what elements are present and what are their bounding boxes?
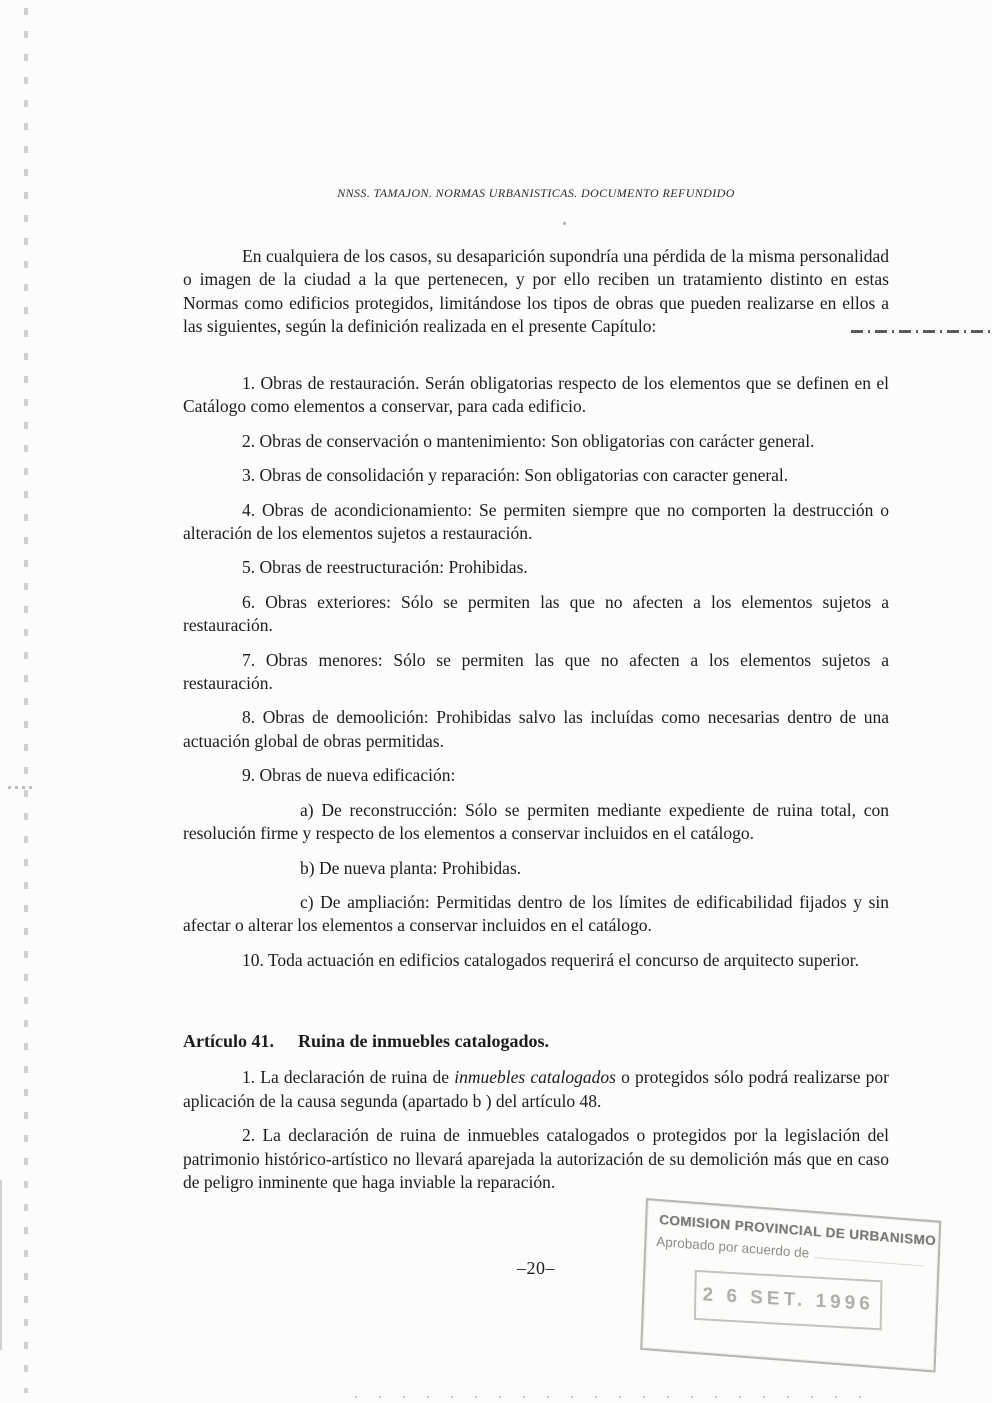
works-list-block: 1. Obras de restauración. Serán obligato… — [183, 372, 889, 983]
list-item-5: 5. Obras de reestructuración: Prohibidas… — [183, 556, 889, 579]
stamp-date: 2 6 SET. 1996 — [702, 1284, 873, 1316]
intro-paragraph-block: En cualquiera de los casos, su desaparic… — [183, 245, 889, 350]
list-item-6: 6. Obras exteriores: Sólo se permiten la… — [183, 591, 889, 638]
article-41-heading: Artículo 41.Ruina de inmuebles catalogad… — [183, 1030, 889, 1053]
approval-stamp: COMISION PROVINCIAL DE URBANISMO Aprobad… — [640, 1198, 941, 1373]
list-item-10: 10. Toda actuación en edificios cataloga… — [183, 949, 889, 972]
stamp-date-box: 2 6 SET. 1996 — [694, 1270, 883, 1331]
stamp-dotted-line — [815, 1257, 924, 1266]
scan-speck — [563, 222, 566, 225]
list-subitem-c: c) De ampliación: Permitidas dentro de l… — [183, 891, 889, 938]
stamp-approved-label: Aprobado por acuerdo de — [656, 1234, 809, 1261]
scanned-document-page: NNSS. TAMAJON. NORMAS URBANISTICAS. DOCU… — [0, 0, 992, 1403]
intro-paragraph: En cualquiera de los casos, su desaparic… — [183, 245, 889, 339]
article-41-block: Artículo 41.Ruina de inmuebles catalogad… — [183, 1030, 889, 1205]
article-41-paragraph-2: 2. La declaración de ruina de inmuebles … — [183, 1124, 889, 1194]
article-title: Ruina de inmuebles catalogados. — [298, 1031, 549, 1051]
list-item-2: 2. Obras de conservación o mantenimiento… — [183, 430, 889, 453]
pen-mark-artifact — [851, 330, 992, 333]
scan-artifact-dots — [355, 1396, 875, 1398]
scan-edge-streak — [0, 1180, 2, 1350]
list-item-8: 8. Obras de demoolición: Prohibidas salv… — [183, 706, 889, 753]
list-item-4: 4. Obras de acondicionamiento: Se permit… — [183, 499, 889, 546]
paragraph-text: 1. La declaración de ruina de — [242, 1067, 454, 1087]
list-item-7: 7. Obras menores: Sólo se permiten las q… — [183, 649, 889, 696]
article-number: Artículo 41. — [183, 1031, 274, 1051]
list-item-1: 1. Obras de restauración. Serán obligato… — [183, 372, 889, 419]
article-41-paragraph-1: 1. La declaración de ruina de inmuebles … — [183, 1066, 889, 1113]
list-subitem-b: b) De nueva planta: Prohibidas. — [183, 857, 889, 880]
list-item-9: 9. Obras de nueva edificación: — [183, 764, 889, 787]
list-subitem-a: a) De reconstrucción: Sólo se permiten m… — [183, 799, 889, 846]
running-header: NNSS. TAMAJON. NORMAS URBANISTICAS. DOCU… — [183, 186, 889, 201]
margin-scribble-mark — [8, 786, 32, 789]
list-item-3: 3. Obras de consolidación y reparación: … — [183, 464, 889, 487]
paragraph-italic-text: inmuebles catalogados — [454, 1067, 616, 1087]
binding-marks — [24, 8, 28, 1393]
